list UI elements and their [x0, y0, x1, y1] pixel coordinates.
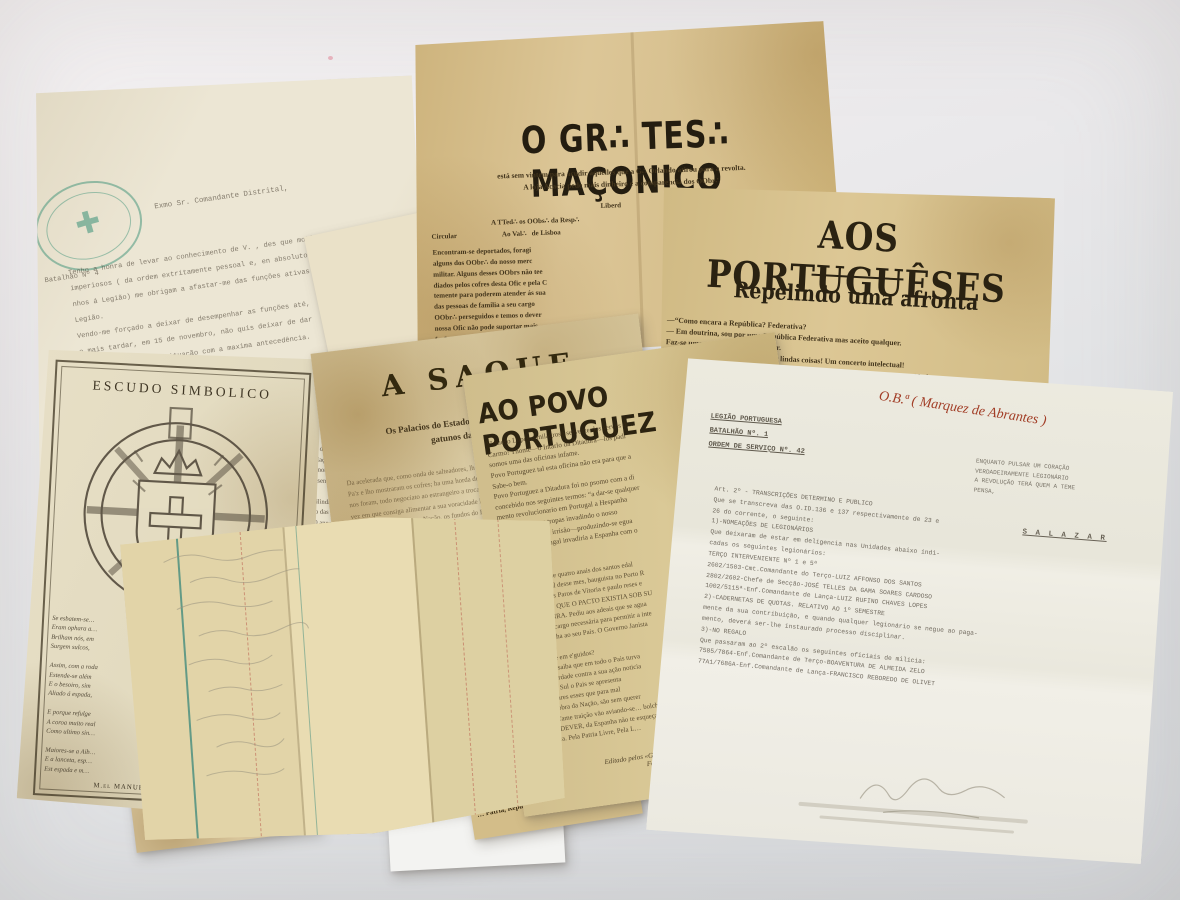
- grtes-meta-liberd: Liberd: [600, 200, 621, 212]
- pencil-scribbles: [133, 534, 410, 802]
- typed-motto: ENQUANTO PULSAR UM CORAÇÃO VERDADEIRAMEN…: [973, 457, 1165, 510]
- pink-speck: [328, 56, 333, 60]
- letter-salutation: Exmo Sr. Comandante Distrital,: [154, 185, 289, 212]
- grtes-meta-circular: Circular Ao Val∴ de Lisboa: [431, 227, 561, 242]
- fold-panel-right: [411, 505, 570, 829]
- typed-body: Art. 2º - TRANSCRIÇÕES DETERMINO E PUBLI…: [697, 484, 1153, 709]
- legiao-order-document: LEGIÃO PORTUGUESA BATALHÃO Nº. 1 ORDEM D…: [646, 353, 1178, 868]
- grtes-meta-tted: A TTed∴ os OObs∴ da Resp∴: [491, 215, 580, 229]
- typed-handwritten-annotation: O.B.ª ( Marquez de Abrantes ): [878, 389, 1048, 430]
- typed-org-header: LEGIÃO PORTUGUESA BATALHÃO Nº. 1 ORDEM D…: [708, 410, 808, 459]
- folded-lined-paper: [120, 505, 571, 849]
- photo-of-documents: ✚ Batalhão Nº 4 Exmo Sr. Comandante Dist…: [0, 0, 1180, 900]
